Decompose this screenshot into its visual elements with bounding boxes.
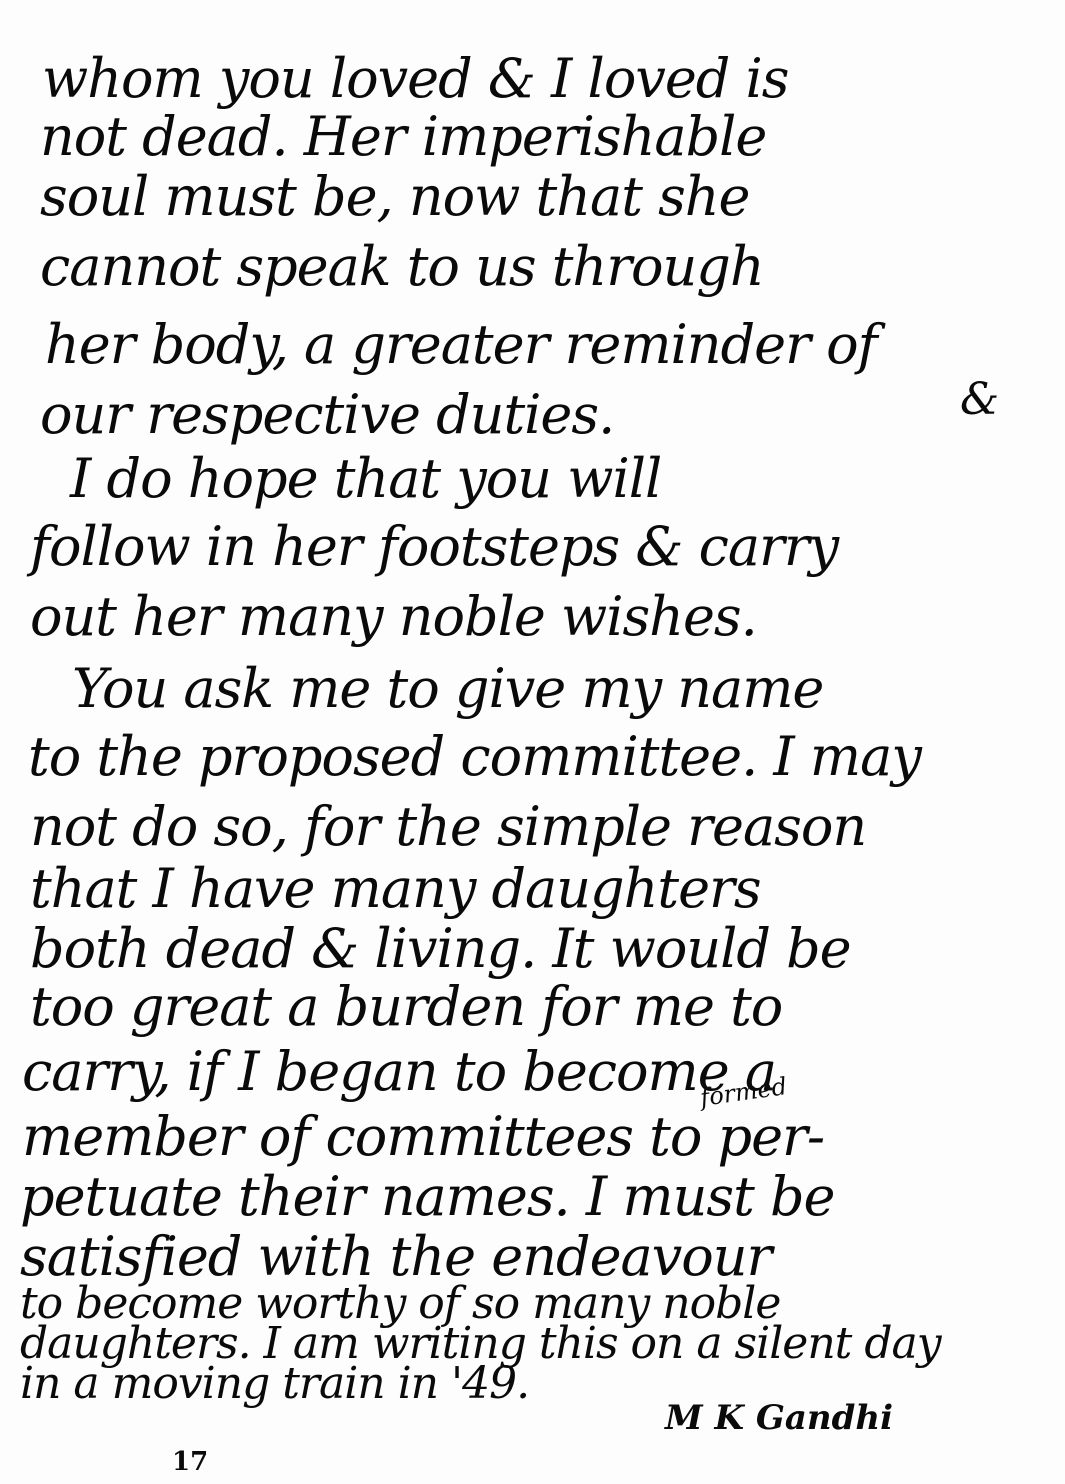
letter-line-7: I do hope that you will bbox=[70, 452, 661, 506]
letter-line-5: her body, a greater reminder of bbox=[45, 318, 877, 372]
letter-line-17: member of committees to per- bbox=[22, 1110, 824, 1164]
letter-line-10: You ask me to give my name bbox=[72, 662, 823, 716]
letter-line-15: too great a burden for me to bbox=[30, 980, 782, 1034]
letter-line-18: petuate their names. I must be bbox=[20, 1170, 834, 1224]
letter-line-9: out her many noble wishes. bbox=[30, 590, 757, 644]
letter-line-1: whom you loved & I loved is bbox=[42, 52, 789, 106]
letter-line-12: not do so, for the simple reason bbox=[30, 800, 866, 854]
letter-line-8: follow in her footsteps & carry bbox=[30, 520, 838, 574]
letter-line-3: soul must be, now that she bbox=[40, 170, 750, 224]
letter-line-16: carry, if I began to become a bbox=[22, 1045, 776, 1099]
letter-line-2: not dead. Her imperishable bbox=[40, 110, 766, 164]
letter-line-11: to the proposed committee. I may bbox=[28, 730, 921, 784]
letter-line-22: in a moving train in '49. bbox=[20, 1362, 529, 1406]
margin-mark: & bbox=[960, 378, 998, 422]
letter-line-6: our respective duties. bbox=[40, 388, 614, 442]
signature: M K Gandhi bbox=[665, 1398, 893, 1438]
letter-line-19: satisfied with the endeavour bbox=[20, 1230, 771, 1284]
letter-line-14: both dead & living. It would be bbox=[30, 922, 851, 976]
page-number: 17 bbox=[172, 1447, 208, 1477]
letter-line-13: that I have many daughters bbox=[30, 862, 761, 916]
letter-page: whom you loved & I loved is not dead. He… bbox=[0, 0, 1065, 1484]
letter-line-4: cannot speak to us through bbox=[40, 240, 764, 294]
